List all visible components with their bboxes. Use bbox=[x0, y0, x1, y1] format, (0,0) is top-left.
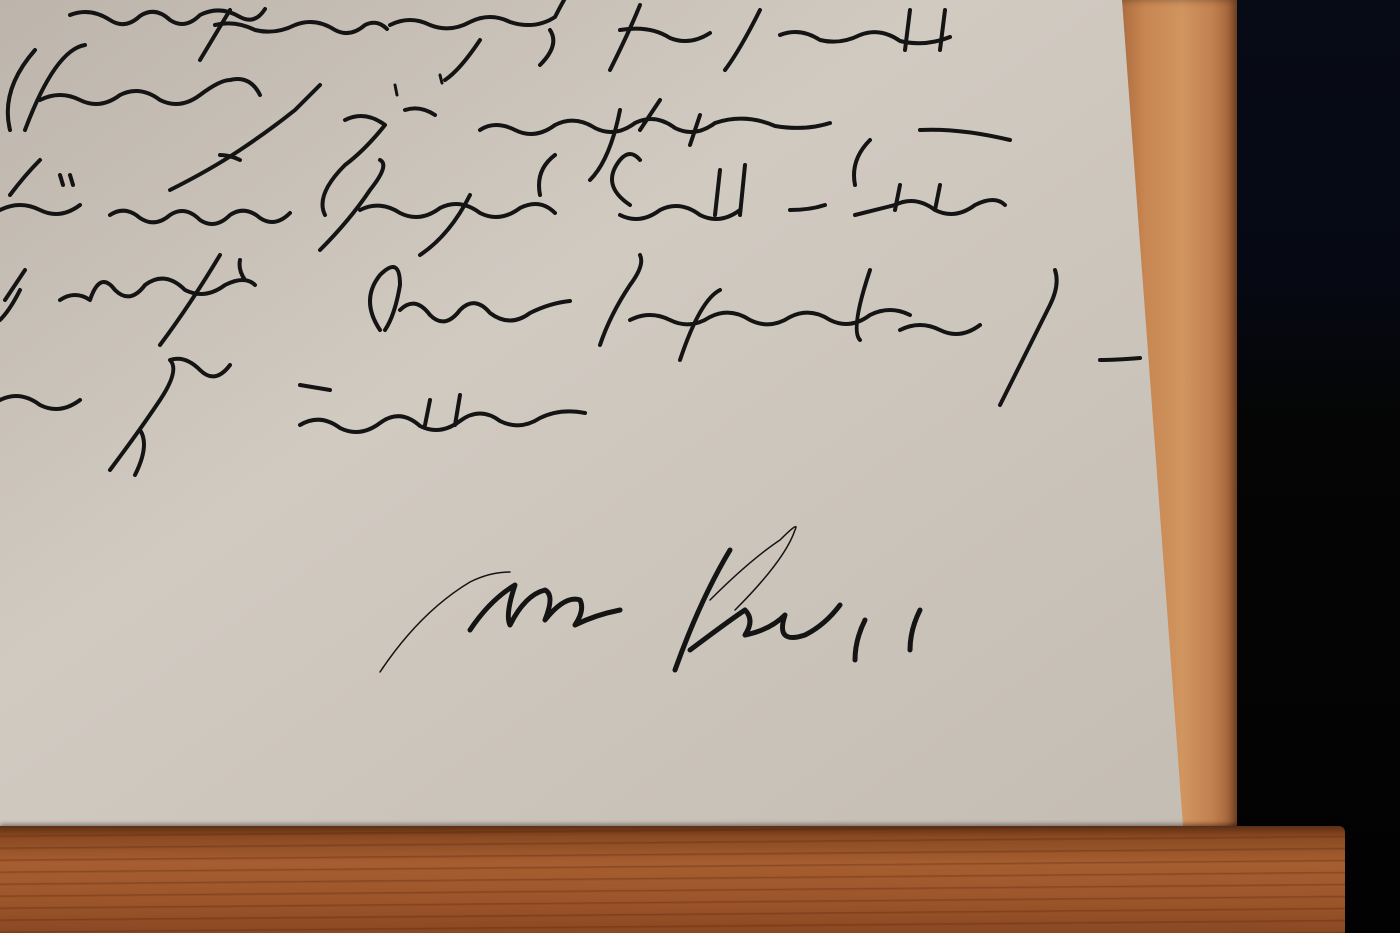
photo-scene: von Grab … ergend irmuelß Stelle …fhande… bbox=[0, 0, 1400, 933]
letter-paper bbox=[0, 0, 1400, 933]
wooden-stand-ledge bbox=[0, 826, 1345, 933]
